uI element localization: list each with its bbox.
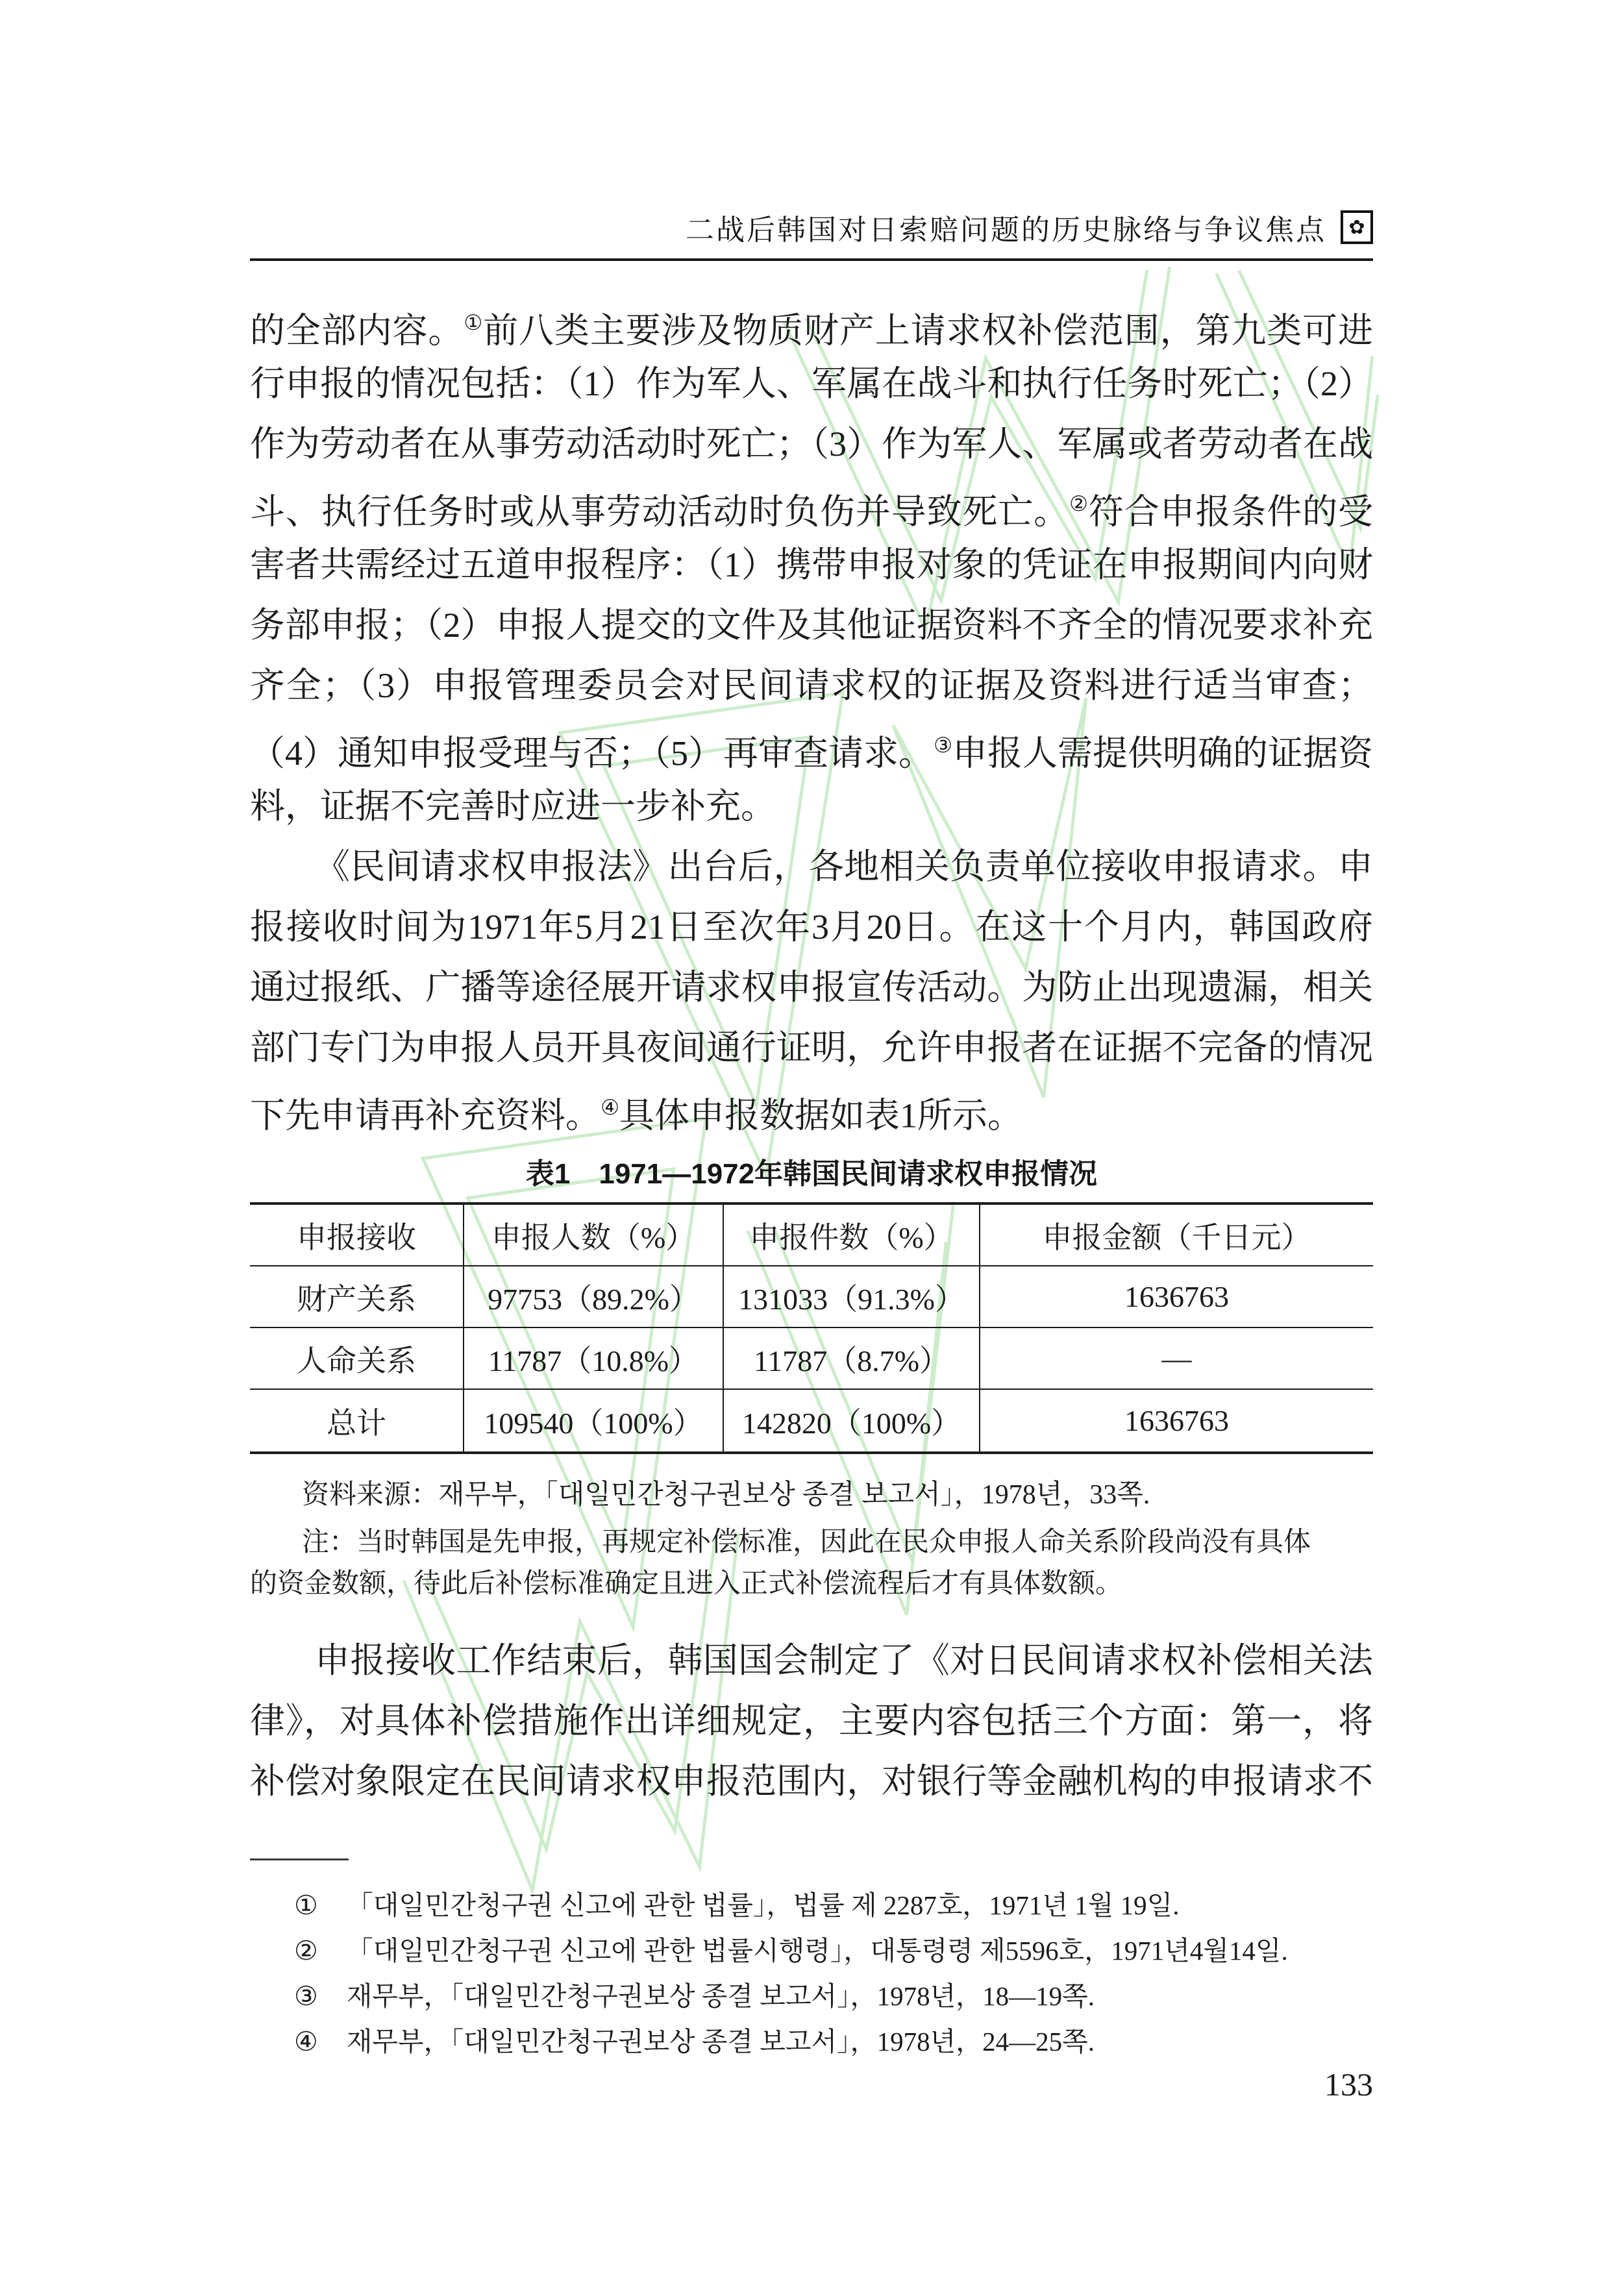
footnote-number: ① bbox=[294, 1882, 318, 1928]
table-cell: 11787（10.8%） bbox=[464, 1328, 724, 1390]
table-note-line: 的资金数额，待此后补偿标准确定且进入正式补偿流程后才有具体数额。 bbox=[250, 1563, 1373, 1605]
table-cell: 11787（8.7%） bbox=[724, 1328, 980, 1390]
body-line: 《民间请求权申报法》出台后，各地相关负责单位接收申报请求。申 bbox=[250, 837, 1373, 897]
footnote-text: 「대일민간청구권 신고에 관한 법률」，법률 제 2287호，1971년 1월 … bbox=[347, 1882, 1180, 1928]
footnote-text: 「대일민간청구권 신고에 관한 법률시행령」，대통령령 제5596호，1971년… bbox=[347, 1928, 1288, 1973]
header-rule bbox=[250, 258, 1373, 261]
footnotes: ① 「대일민간청구권 신고에 관한 법률」，법률 제 2287호，1971년 1… bbox=[250, 1882, 1373, 2064]
page-content: 的全部内容。①前八类主要涉及物质财产上请求权补偿范围，第九类可进 行申报的情况包… bbox=[250, 293, 1373, 2064]
running-head-title: 二战后韩国对日索赔问题的历史脉络与争议焦点 bbox=[686, 206, 1326, 248]
table-cell: — bbox=[980, 1328, 1373, 1390]
running-head: 二战后韩国对日索赔问题的历史脉络与争议焦点 ✿ bbox=[250, 206, 1373, 248]
table-cell: 人命关系 bbox=[250, 1328, 464, 1390]
table-header-cell: 申报人数（%） bbox=[464, 1205, 724, 1266]
body-line: 下先申请再补充资料。④具体申报数据如表1所示。 bbox=[250, 1078, 1373, 1139]
table-source: 资料来源：재무부，「대일민간청구권보상 종결 보고서」，1978년，33쪽. bbox=[250, 1476, 1373, 1514]
body-line: 斗、执行任务时或从事劳动活动时负伤并导致死亡。②符合申报条件的受 bbox=[250, 475, 1373, 535]
table-header-cell: 申报件数（%） bbox=[724, 1205, 980, 1266]
footnote-number: ② bbox=[294, 1928, 318, 1973]
table-cell: 财产关系 bbox=[250, 1266, 464, 1328]
footnote-text: 재무부，「대일민간청구권보상 종결 보고서」，1978년，18—19쪽. bbox=[347, 1973, 1095, 2019]
table-header-cell: 申报接收 bbox=[250, 1205, 464, 1266]
table-title: 表1 1971—1972年韩国民间请求权申报情况 bbox=[250, 1154, 1373, 1194]
table-cell: 109540（100%） bbox=[464, 1390, 724, 1451]
body-line: 补偿对象限定在民间请求权申报范围内，对银行等金融机构的申报请求不 bbox=[250, 1751, 1373, 1812]
body-line: 申报接收工作结束后，韩国国会制定了《对日民间请求权补偿相关法 bbox=[250, 1631, 1373, 1691]
table-1: 申报接收 申报人数（%） 申报件数（%） 申报金额（千日元） 财产关系 9775… bbox=[250, 1202, 1373, 1454]
body-line: 害者共需经过五道申报程序：（1）携带申报对象的凭证在申报期间内向财 bbox=[250, 535, 1373, 595]
footnote-number: ③ bbox=[294, 1973, 318, 2019]
body-line: 务部申报；（2）申报人提交的文件及其他证据资料不齐全的情况要求补充 bbox=[250, 595, 1373, 656]
footnote-rule bbox=[250, 1858, 349, 1860]
body-line: 律》，对具体补偿措施作出详细规定，主要内容包括三个方面：第一，将 bbox=[250, 1691, 1373, 1751]
table-cell: 总计 bbox=[250, 1390, 464, 1451]
body-line: 作为劳动者在从事劳动活动时死亡；（3）作为军人、军属或者劳动者在战 bbox=[250, 414, 1373, 475]
footnote: ① 「대일민간청구권 신고에 관한 법률」，법률 제 2287호，1971년 1… bbox=[250, 1882, 1373, 1928]
body-line: 齐全；（3）申报管理委员会对民间请求权的证据及资料进行适当审查； bbox=[250, 656, 1373, 716]
body-line: 通过报纸、广播等途径展开请求权申报宣传活动。为防止出现遗漏，相关 bbox=[250, 957, 1373, 1018]
footnote-text: 재무부，「대일민간청구권보상 종결 보고서」，1978년，24—25쪽. bbox=[347, 2019, 1095, 2064]
paragraph-2: 《民间请求权申报法》出台后，各地相关负责单位接收申报请求。申 报接收时间为197… bbox=[250, 837, 1373, 1139]
paragraph-1: 的全部内容。①前八类主要涉及物质财产上请求权补偿范围，第九类可进 行申报的情况包… bbox=[250, 293, 1373, 837]
flower-lattice-icon: ✿ bbox=[1341, 210, 1373, 244]
body-line: （4）通知申报受理与否；（5）再审查请求。③申报人需提供明确的证据资 bbox=[250, 716, 1373, 776]
table-cell: 1636763 bbox=[980, 1266, 1373, 1328]
body-line: 的全部内容。①前八类主要涉及物质财产上请求权补偿范围，第九类可进 bbox=[250, 293, 1373, 354]
table-cell: 142820（100%） bbox=[724, 1390, 980, 1451]
table-cell: 97753（89.2%） bbox=[464, 1266, 724, 1328]
footnote: ④ 재무부，「대일민간청구권보상 종결 보고서」，1978년，24—25쪽. bbox=[250, 2019, 1373, 2064]
body-line: 部门专门为申报人员开具夜间通行证明，允许申报者在证据不完备的情况 bbox=[250, 1018, 1373, 1078]
table-note-line: 注：当时韩国是先申报，再规定补偿标准，因此在民众申报人命关系阶段尚没有具体 bbox=[250, 1522, 1373, 1563]
footnote: ③ 재무부，「대일민간청구권보상 종결 보고서」，1978년，18—19쪽. bbox=[250, 1973, 1373, 2019]
page-number: 133 bbox=[250, 2066, 1373, 2103]
table-cell: 1636763 bbox=[980, 1390, 1373, 1451]
footnote: ② 「대일민간청구권 신고에 관한 법률시행령」，대통령령 제5596호，197… bbox=[250, 1928, 1373, 1973]
body-line: 行申报的情况包括：（1）作为军人、军属在战斗和执行任务时死亡；（2） bbox=[250, 354, 1373, 414]
document-page: 二战后韩国对日索赔问题的历史脉络与争议焦点 ✿ 的全部内容。①前八类主要涉及物质… bbox=[0, 0, 1623, 2296]
body-line: 报接收时间为1971年5月21日至次年3月20日。在这十个月内，韩国政府 bbox=[250, 897, 1373, 957]
table-header-cell: 申报金额（千日元） bbox=[980, 1205, 1373, 1266]
footnote-number: ④ bbox=[294, 2019, 318, 2064]
table-note: 注：当时韩国是先申报，再规定补偿标准，因此在民众申报人命关系阶段尚没有具体 的资… bbox=[250, 1522, 1373, 1605]
table-cell: 131033（91.3%） bbox=[724, 1266, 980, 1328]
body-line: 料，证据不完善时应进一步补充。 bbox=[250, 776, 1373, 837]
paragraph-3: 申报接收工作结束后，韩国国会制定了《对日民间请求权补偿相关法 律》，对具体补偿措… bbox=[250, 1631, 1373, 1812]
